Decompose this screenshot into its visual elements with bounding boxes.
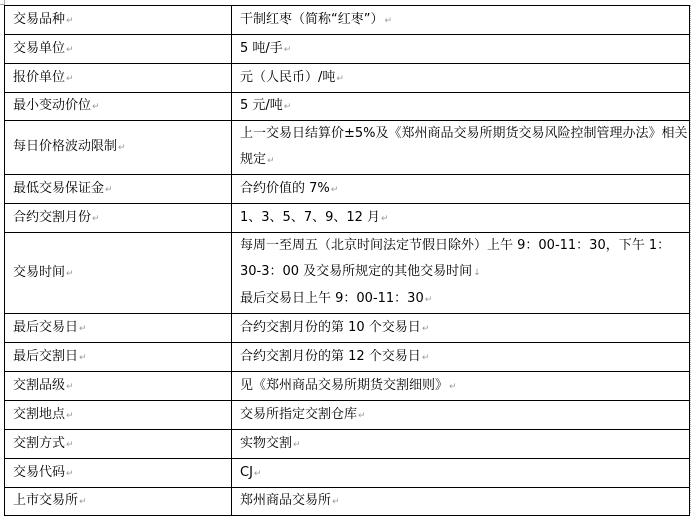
paragraph-mark-icon: ↵ [66, 74, 74, 84]
spec-value-line: 上一交易日结算价±5%及《郑州商品交易所期货交易风险控制管理办法》相关规定↵ [240, 121, 689, 174]
spec-label-cell: 最小变动价位↵ [5, 93, 232, 121]
spec-label-cell: 合约交割月份↵ [5, 204, 232, 233]
spec-label: 交易单位 [13, 41, 65, 56]
spec-label-cell: 交易时间↵ [5, 233, 232, 314]
spec-value-line: 合约交割月份的第 10 个交易日↵ [240, 315, 689, 342]
spec-label: 上市交易所 [13, 493, 78, 508]
spec-value-cell: 合约交割月份的第 12 个交易日↵ [232, 343, 690, 372]
spec-value-cell: CJ↵ [232, 459, 690, 488]
paragraph-mark-icon: ↵ [79, 497, 87, 507]
table-row: 交割地点↵交易所指定交割仓库↵ [5, 401, 690, 430]
spec-label-cell: 最后交易日↵ [5, 314, 232, 343]
paragraph-mark-icon: ↵ [267, 156, 275, 166]
spec-label-cell: 交易代码↵ [5, 459, 232, 488]
spec-value: 合约交割月份的第 10 个交易日 [240, 320, 421, 335]
spec-value-cell: 每周一至周五（北京时间法定节假日除外）上午 9：00-11：30，下午 1：30… [232, 233, 690, 314]
paragraph-mark-icon: ↵ [66, 45, 74, 55]
table-row: 最后交割日↵合约交割月份的第 12 个交易日↵ [5, 343, 690, 372]
paragraph-mark-icon: ↵ [358, 411, 366, 421]
paragraph-mark-icon: ↵ [79, 324, 87, 334]
spec-value-line: 最后交易日上午 9：00-11：30↵ [240, 286, 689, 313]
spec-value-cell: 1、3、5、7、9、12 月↵ [232, 204, 690, 233]
spec-value-line: 见《郑州商品交易所期货交割细则》↵ [240, 373, 689, 400]
paragraph-mark-icon: ↵ [66, 269, 74, 279]
paragraph-mark-icon: ↵ [381, 214, 389, 224]
paragraph-mark-icon: ↵ [336, 74, 344, 84]
spec-value-line: 5 吨/手↵ [240, 36, 689, 63]
spec-value: 见《郑州商品交易所期货交割细则》 [240, 378, 448, 393]
table-row: 最后交易日↵合约交割月份的第 10 个交易日↵ [5, 314, 690, 343]
paragraph-mark-icon: ↵ [422, 324, 430, 334]
spec-value: 合约价值的 7% [240, 181, 330, 196]
spec-label-cell: 最低交易保证金↵ [5, 175, 232, 204]
table-row: 交易时间↵每周一至周五（北京时间法定节假日除外）上午 9：00-11：30，下午… [5, 233, 690, 314]
paragraph-mark-icon: ↵ [66, 382, 74, 392]
table-row: 最小变动价位↵5 元/吨↵ [5, 93, 690, 121]
spec-value-line: 郑州商品交易所↵ [240, 488, 689, 515]
spec-label: 最后交割日 [13, 349, 78, 364]
spec-value-cell: 5 吨/手↵ [232, 35, 690, 64]
spec-label-cell: 上市交易所↵ [5, 488, 232, 516]
paragraph-mark-icon: ↵ [105, 185, 113, 195]
spec-label-cell: 报价单位↵ [5, 64, 232, 93]
spec-value: 干制红枣（简称“红枣”） [240, 12, 383, 27]
paragraph-mark-icon: ↵ [118, 143, 126, 153]
spec-value-line: 实物交割↵ [240, 431, 689, 458]
spec-value-line: CJ↵ [240, 460, 689, 487]
line-break-mark-icon: ↓ [473, 268, 481, 278]
paragraph-mark-icon: ↵ [449, 382, 457, 392]
spec-label: 交割品级 [13, 378, 65, 393]
paragraph-mark-icon: ↵ [92, 214, 100, 224]
spec-value-cell: 郑州商品交易所↵ [232, 488, 690, 516]
spec-value-line: 5 元/吨↵ [240, 93, 689, 120]
paragraph-mark-icon: ↵ [284, 102, 292, 112]
spec-value-line: 合约价值的 7%↵ [240, 176, 689, 203]
spec-value-cell: 上一交易日结算价±5%及《郑州商品交易所期货交易风险控制管理办法》相关规定↵ [232, 121, 690, 175]
table-row: 每日价格波动限制↵上一交易日结算价±5%及《郑州商品交易所期货交易风险控制管理办… [5, 121, 690, 175]
paragraph-mark-icon: ↵ [331, 185, 339, 195]
paragraph-mark-icon: ↵ [293, 440, 301, 450]
spec-value-line: 元（人民币）/吨↵ [240, 65, 689, 92]
spec-label: 最后交易日 [13, 320, 78, 335]
spec-value-cell: 见《郑州商品交易所期货交割细则》↵ [232, 372, 690, 401]
spec-value-cell: 合约价值的 7%↵ [232, 175, 690, 204]
spec-value-line: 每周一至周五（北京时间法定节假日除外）上午 9：00-11：30，下午 1：30… [240, 233, 689, 286]
table-row: 合约交割月份↵1、3、5、7、9、12 月↵ [5, 204, 690, 233]
spec-value-cell: 合约交割月份的第 10 个交易日↵ [232, 314, 690, 343]
spec-label-cell: 交割品级↵ [5, 372, 232, 401]
table-row: 上市交易所↵郑州商品交易所↵ [5, 488, 690, 516]
spec-label: 交割地点 [13, 407, 65, 422]
table-row: 交易代码↵CJ↵ [5, 459, 690, 488]
paragraph-mark-icon: ↵ [254, 469, 262, 479]
spec-value-line: 干制红枣（简称“红枣”）↵ [240, 7, 689, 34]
spec-label: 最小变动价位 [13, 98, 91, 113]
table-row: 交割品级↵见《郑州商品交易所期货交割细则》↵ [5, 372, 690, 401]
spec-label-cell: 交易品种↵ [5, 6, 232, 35]
spec-label-cell: 交易单位↵ [5, 35, 232, 64]
spec-value: 每周一至周五（北京时间法定节假日除外）上午 9：00-11：30，下午 1：30… [240, 238, 670, 279]
paragraph-mark-icon: ↵ [425, 295, 433, 305]
table-row: 最低交易保证金↵合约价值的 7%↵ [5, 175, 690, 204]
spec-value: 最后交易日上午 9：00-11：30 [240, 291, 424, 306]
spec-value-cell: 元（人民币）/吨↵ [232, 64, 690, 93]
paragraph-mark-icon: ↵ [66, 411, 74, 421]
spec-value: 上一交易日结算价±5%及《郑州商品交易所期货交易风险控制管理办法》相关规定 [240, 126, 688, 167]
spec-value: 实物交割 [240, 436, 292, 451]
spec-label: 交易时间 [13, 265, 65, 280]
spec-label-cell: 交割方式↵ [5, 430, 232, 459]
spec-value: 郑州商品交易所 [240, 493, 331, 508]
spec-value: 合约交割月份的第 12 个交易日 [240, 349, 421, 364]
spec-value: CJ [240, 465, 253, 480]
spec-label: 合约交割月份 [13, 210, 91, 225]
paragraph-mark-icon: ↵ [66, 440, 74, 450]
spec-value: 5 元/吨 [240, 98, 283, 113]
spec-value: 5 吨/手 [240, 41, 283, 56]
spec-value-cell: 实物交割↵ [232, 430, 690, 459]
spec-label: 交易代码 [13, 465, 65, 480]
paragraph-mark-icon: ↵ [66, 16, 74, 26]
paragraph-mark-icon: ↵ [332, 497, 340, 507]
table-row: 交易单位↵5 吨/手↵ [5, 35, 690, 64]
futures-contract-spec-table: 交易品种↵干制红枣（简称“红枣”）↵交易单位↵5 吨/手↵报价单位↵元（人民币）… [4, 5, 690, 516]
spec-label-cell: 每日价格波动限制↵ [5, 121, 232, 175]
spec-label-cell: 最后交割日↵ [5, 343, 232, 372]
spec-label: 最低交易保证金 [13, 181, 104, 196]
spec-value-line: 交易所指定交割仓库↵ [240, 402, 689, 429]
paragraph-mark-icon: ↵ [79, 353, 87, 363]
paragraph-mark-icon: ↵ [66, 469, 74, 479]
spec-label: 交易品种 [13, 12, 65, 27]
paragraph-mark-icon: ↵ [384, 16, 392, 26]
spec-label: 报价单位 [13, 70, 65, 85]
spec-value: 1、3、5、7、9、12 月 [240, 210, 380, 225]
spec-value-line: 1、3、5、7、9、12 月↵ [240, 205, 689, 232]
table-row: 交易品种↵干制红枣（简称“红枣”）↵ [5, 6, 690, 35]
spec-value: 交易所指定交割仓库 [240, 407, 357, 422]
paragraph-mark-icon: ↵ [92, 102, 100, 112]
spec-value-line: 合约交割月份的第 12 个交易日↵ [240, 344, 689, 371]
paragraph-mark-icon: ↵ [284, 45, 292, 55]
spec-value-cell: 干制红枣（简称“红枣”）↵ [232, 6, 690, 35]
spec-value-cell: 5 元/吨↵ [232, 93, 690, 121]
table-row: 交割方式↵实物交割↵ [5, 430, 690, 459]
spec-label: 每日价格波动限制 [13, 139, 117, 154]
spec-value-cell: 交易所指定交割仓库↵ [232, 401, 690, 430]
spec-label-cell: 交割地点↵ [5, 401, 232, 430]
paragraph-mark-icon: ↵ [422, 353, 430, 363]
table-row: 报价单位↵元（人民币）/吨↵ [5, 64, 690, 93]
spec-value: 元（人民币）/吨 [240, 70, 335, 85]
spec-label: 交割方式 [13, 436, 65, 451]
